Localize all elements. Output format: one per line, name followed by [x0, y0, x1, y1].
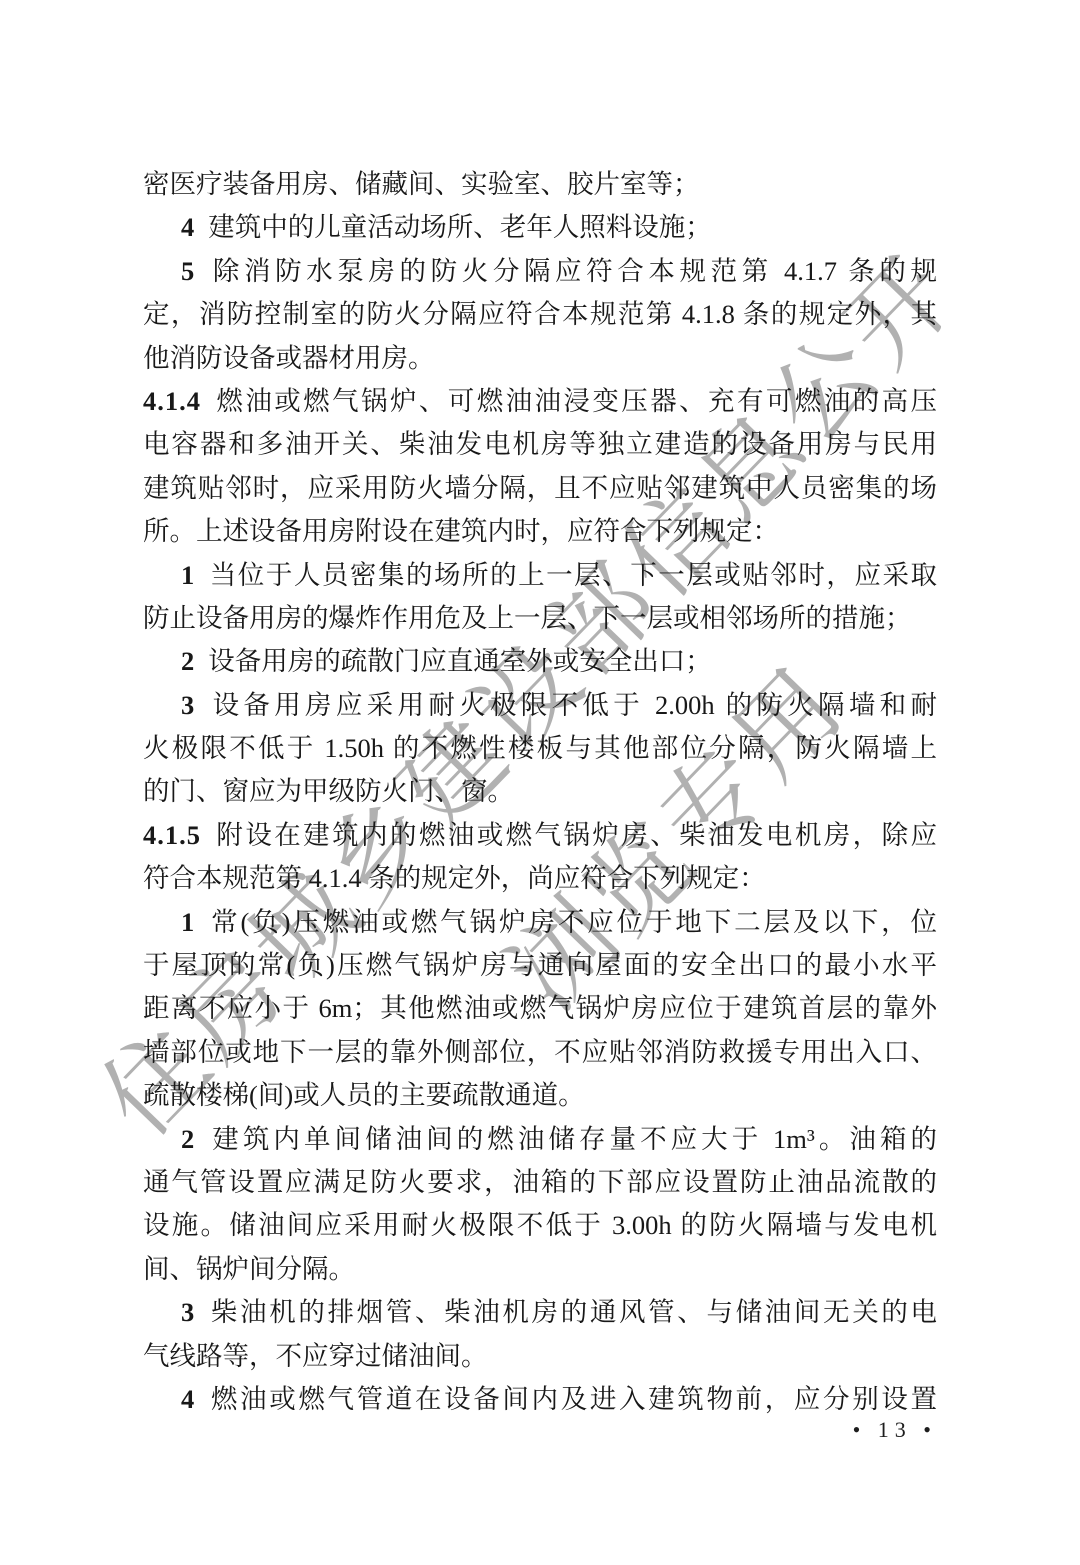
text-line: 建筑贴邻时，应采用防火墙分隔，且不应贴邻建筑中人员密集的场: [143, 467, 937, 510]
line-text: 附设在建筑内的燃油或燃气锅炉房、柴油发电机房，除应: [214, 820, 937, 850]
text-line: 于屋顶的常(负)压燃气锅炉房与通向屋面的安全出口的最小水平: [143, 944, 937, 987]
text-line: 密医疗装备用房、储藏间、实验室、胶片室等；: [143, 163, 937, 206]
text-line: 设施。储油间应采用耐火极限不低于 3.00h 的防火隔墙与发电机: [143, 1204, 937, 1247]
line-text: 建筑内单间储油间的燃油储存量不应大于 1m³。油箱的: [208, 1124, 937, 1154]
text-line: 火极限不低于 1.50h 的不燃性楼板与其他部位分隔，防火隔墙上: [143, 727, 937, 770]
item-number: 3: [181, 1297, 195, 1327]
text-line: 他消防设备或器材用房。: [143, 337, 937, 380]
item-number: 2: [181, 1124, 195, 1154]
item-number: 4: [181, 1384, 195, 1414]
text-line: 距离不应小于 6m；其他燃油或燃气锅炉房应位于建筑首层的靠外: [143, 987, 937, 1030]
line-text: 设施。储油间应采用耐火极限不低于 3.00h 的防火隔墙与发电机: [143, 1210, 937, 1240]
line-text: 疏散楼梯(间)或人员的主要疏散通道。: [143, 1080, 585, 1110]
text-line: 3设备用房应采用耐火极限不低于 2.00h 的防火隔墙和耐: [143, 684, 937, 727]
line-text: 设备用房的疏散门应直通室外或安全出口；: [208, 646, 712, 676]
line-text: 建筑中的儿童活动场所、老年人照料设施；: [208, 212, 712, 242]
line-text: 柴油机的排烟管、柴油机房的通风管、与储油间无关的电: [208, 1297, 937, 1327]
item-number: 4: [181, 212, 195, 242]
line-text: 符合本规范第 4.1.4 条的规定外，尚应符合下列规定：: [143, 863, 766, 893]
item-number: 5: [181, 256, 195, 286]
text-line: 防止设备用房的爆炸作用危及上一层、下一层或相邻场所的措施；: [143, 597, 937, 640]
document-page: 住房城乡建设部信息公开 浏览专用 密医疗装备用房、储藏间、实验室、胶片室等； 4…: [0, 0, 1080, 1565]
text-line: 的门、窗应为甲级防火门、窗。: [143, 770, 937, 813]
text-line: 4.1.5附设在建筑内的燃油或燃气锅炉房、柴油发电机房，除应: [143, 814, 937, 857]
text-line: 气线路等，不应穿过储油间。: [143, 1335, 937, 1378]
line-text: 当位于人员密集的场所的上一层、下一层或贴邻时，应采取: [208, 560, 937, 590]
line-text: 定，消防控制室的防火分隔应符合本规范第 4.1.8 条的规定外，其: [143, 299, 937, 329]
line-text: 除消防水泵房的防火分隔应符合本规范第 4.1.7 条的规: [208, 256, 937, 286]
text-line: 间、锅炉间分隔。: [143, 1248, 937, 1291]
line-text: 电容器和多油开关、柴油发电机房等独立建造的设备用房与民用: [143, 429, 937, 459]
text-line: 2设备用房的疏散门应直通室外或安全出口；: [143, 640, 937, 683]
text-line: 疏散楼梯(间)或人员的主要疏散通道。: [143, 1074, 937, 1117]
text-line: 4燃油或燃气管道在设备间内及进入建筑物前，应分别设置: [143, 1378, 937, 1421]
text-line: 2建筑内单间储油间的燃油储存量不应大于 1m³。油箱的: [143, 1118, 937, 1161]
line-text: 气线路等，不应穿过储油间。: [143, 1341, 488, 1371]
item-number: 1: [181, 560, 195, 590]
line-text: 他消防设备或器材用房。: [143, 343, 435, 373]
text-line: 墙部位或地下一层的靠外侧部位，不应贴邻消防救援专用出入口、: [143, 1031, 937, 1074]
text-line: 所。上述设备用房附设在建筑内时，应符合下列规定：: [143, 510, 937, 553]
line-text: 间、锅炉间分隔。: [143, 1254, 355, 1284]
text-line: 5除消防水泵房的防火分隔应符合本规范第 4.1.7 条的规: [143, 250, 937, 293]
line-text: 建筑贴邻时，应采用防火墙分隔，且不应贴邻建筑中人员密集的场: [143, 473, 937, 503]
line-text: 燃油或燃气锅炉、可燃油油浸变压器、充有可燃油的高压: [214, 386, 937, 416]
item-number: 3: [181, 690, 195, 720]
body-text: 密医疗装备用房、储藏间、实验室、胶片室等； 4建筑中的儿童活动场所、老年人照料设…: [143, 163, 937, 1421]
clause-number: 4.1.5: [143, 820, 201, 850]
line-text: 常(负)压燃油或燃气锅炉房不应位于地下二层及以下，位: [208, 907, 937, 937]
line-text: 于屋顶的常(负)压燃气锅炉房与通向屋面的安全出口的最小水平: [143, 950, 937, 980]
line-text: 墙部位或地下一层的靠外侧部位，不应贴邻消防救援专用出入口、: [143, 1037, 937, 1067]
text-line: 通气管设置应满足防火要求，油箱的下部应设置防止油品流散的: [143, 1161, 937, 1204]
text-line: 定，消防控制室的防火分隔应符合本规范第 4.1.8 条的规定外，其: [143, 293, 937, 336]
text-line: 4.1.4燃油或燃气锅炉、可燃油油浸变压器、充有可燃油的高压: [143, 380, 937, 423]
line-text: 燃油或燃气管道在设备间内及进入建筑物前，应分别设置: [208, 1384, 937, 1414]
line-text: 所。上述设备用房附设在建筑内时，应符合下列规定：: [143, 516, 779, 546]
line-text: 火极限不低于 1.50h 的不燃性楼板与其他部位分隔，防火隔墙上: [143, 733, 937, 763]
item-number: 2: [181, 646, 195, 676]
line-text: 设备用房应采用耐火极限不低于 2.00h 的防火隔墙和耐: [208, 690, 937, 720]
line-text: 的门、窗应为甲级防火门、窗。: [143, 776, 514, 806]
text-line: 4建筑中的儿童活动场所、老年人照料设施；: [143, 206, 937, 249]
text-line: 符合本规范第 4.1.4 条的规定外，尚应符合下列规定：: [143, 857, 937, 900]
item-number: 1: [181, 907, 195, 937]
text-line: 电容器和多油开关、柴油发电机房等独立建造的设备用房与民用: [143, 423, 937, 466]
page-number: • 13 •: [780, 1417, 937, 1443]
line-text: 密医疗装备用房、储藏间、实验室、胶片室等；: [143, 169, 700, 199]
text-line: 1常(负)压燃油或燃气锅炉房不应位于地下二层及以下，位: [143, 901, 937, 944]
line-text: 防止设备用房的爆炸作用危及上一层、下一层或相邻场所的措施；: [143, 603, 912, 633]
line-text: 距离不应小于 6m；其他燃油或燃气锅炉房应位于建筑首层的靠外: [143, 993, 937, 1023]
text-line: 3柴油机的排烟管、柴油机房的通风管、与储油间无关的电: [143, 1291, 937, 1334]
clause-number: 4.1.4: [143, 386, 201, 416]
text-line: 1当位于人员密集的场所的上一层、下一层或贴邻时，应采取: [143, 554, 937, 597]
line-text: 通气管设置应满足防火要求，油箱的下部应设置防止油品流散的: [143, 1167, 937, 1197]
